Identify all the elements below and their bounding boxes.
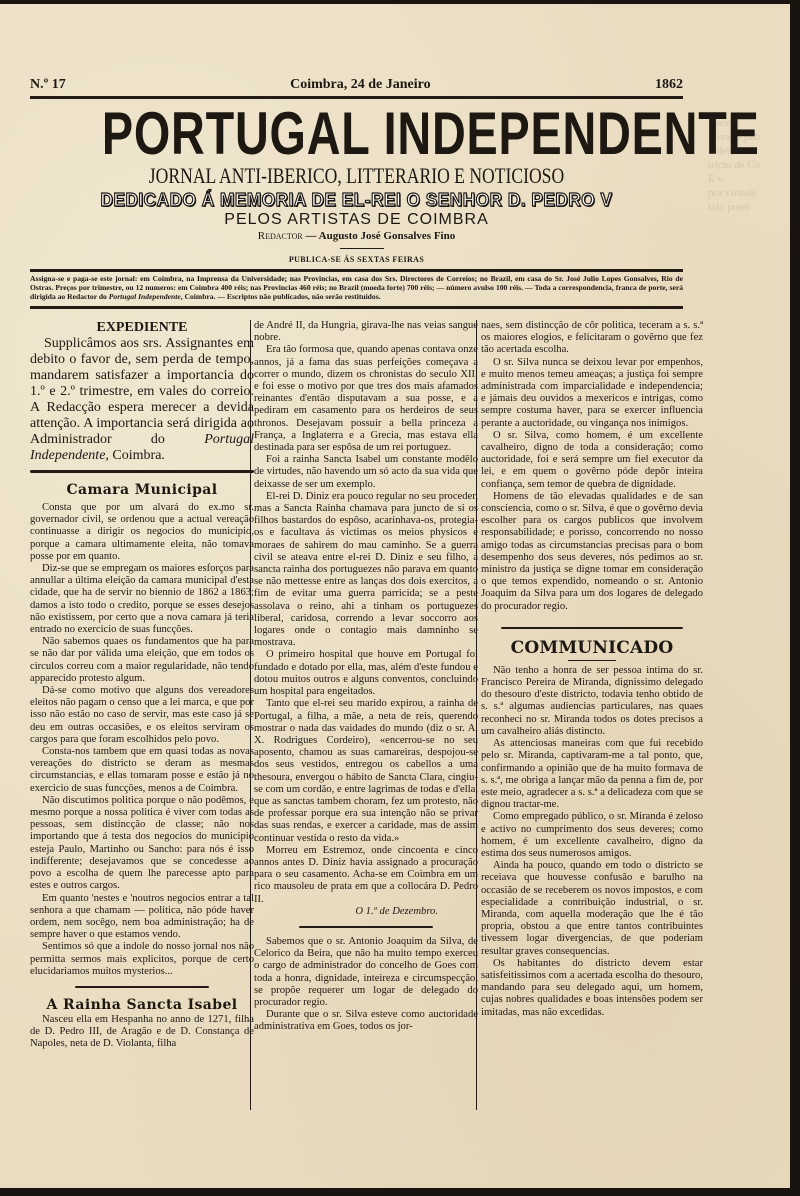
masthead-dateline: N.º 17 Coimbra, 24 de Janeiro 1862 (30, 77, 683, 93)
masthead-rule (30, 96, 683, 99)
paragraph: Homens de tão elevadas qualidades e de s… (481, 491, 703, 613)
expediente-article: Supplicâmos aos srs. Assignantes em debi… (30, 336, 254, 464)
subtitle-journal: JORNAL ANTI-IBERICO, LITTERARIO E NOTICI… (95, 164, 617, 188)
place-date: Coimbra, 24 de Janeiro (290, 77, 431, 93)
short-divider (340, 248, 384, 249)
issue-number: N.º 17 (30, 77, 66, 93)
silva-article-continued: naes, sem distincção de côr politica, te… (481, 320, 703, 613)
column-1: EXPEDIENTE Supplicâmos aos srs. Assignan… (30, 320, 254, 1051)
expediente-text: Supplicâmos aos srs. Assignantes em debi… (30, 336, 254, 447)
paragraph: Tanto que el-rei seu marido expirou, a r… (254, 698, 478, 844)
paragraph: Não tenho a honra de ser pessoa intima d… (481, 665, 703, 738)
publication-days: PUBLICA-SE ÁS SEXTAS FEIRAS (30, 255, 683, 264)
paragraph: Durante que o sr. Silva esteve como auct… (254, 1009, 478, 1033)
subscription-text: , Coimbra. — Escriptos não publicados, n… (181, 292, 381, 301)
paragraph: Os habitantes do districto devem estar s… (481, 958, 703, 1019)
column-3: naes, sem distincção de côr politica, te… (481, 320, 703, 1019)
bleed-line: por virtude (708, 186, 778, 200)
paragraph: Foi a rainha Sancta Isabel um constante … (254, 454, 478, 491)
paragraph: Sabemos que o sr. Antonio Joaquim da Sil… (254, 936, 478, 1009)
paragraph: Dá-se como motivo que alguns dos vereado… (30, 685, 254, 746)
paragraph: As attenciosas maneiras com que fui rece… (481, 738, 703, 811)
year: 1862 (655, 77, 683, 93)
heading-underline (568, 660, 617, 661)
paragraph: Não discutimos politica porque o não pod… (30, 795, 254, 893)
rainha-article-continued: de André II, da Hungria, girava-lhe nas … (254, 320, 478, 918)
paragraph: Era tão formosa que, quando apenas conta… (254, 344, 478, 454)
subscription-terms: Assigna-se e paga-se este jornal: em Coi… (30, 274, 683, 301)
subtitle-artists: PELOS ARTISTAS DE COIMBRA (30, 211, 683, 229)
camara-article: Consta que por um alvará do ex.mo sr. go… (30, 502, 254, 978)
section-divider (299, 926, 433, 928)
paragraph: O sr. Silva, como homem, é um excellente… (481, 430, 703, 491)
subscription-title-italic: Portugal Independente (109, 292, 181, 301)
newspaper-title: PORTUGAL INDEPENDENTE (102, 102, 611, 166)
newspaper-page: Recebe lavrado pub redencão tricto de Co… (0, 4, 790, 1188)
expediente-paragraph: Supplicâmos aos srs. Assignantes em debi… (30, 336, 254, 464)
subtitle-dedication: DEDICADO Á MEMORIA DE EL-REI O SENHOR D.… (43, 190, 670, 210)
paragraph: O sr. Silva nunca se deixou levar por em… (481, 357, 703, 430)
paragraph: Ainda ha pouco, quando em todo o distric… (481, 860, 703, 958)
expediente-heading: EXPEDIENTE (30, 320, 254, 336)
subscription-rule-bottom (30, 306, 683, 309)
paragraph: Em quanto 'nestes e 'noutros negocios en… (30, 893, 254, 942)
column-2: de André II, da Hungria, girava-lhe nas … (254, 320, 478, 1034)
paragraph: Morreu em Estremoz, onde cincoenta e cin… (254, 845, 478, 906)
paragraph: El-rei D. Diniz era pouco regular no seu… (254, 491, 478, 650)
camara-heading: Camara Municipal (30, 481, 254, 499)
communicado-article: Não tenho a honra de ser pessoa intima d… (481, 665, 703, 1019)
redactor-label: Redactor (258, 230, 303, 242)
section-divider (75, 986, 209, 988)
paragraph: Nasceu ella em Hespanha no anno de 1271,… (30, 1014, 254, 1051)
section-divider (501, 627, 683, 629)
paragraph: Não sabemos quaes os fundamentos que ha … (30, 636, 254, 685)
expediente-text: Coimbra. (109, 448, 165, 463)
section-divider (30, 470, 254, 473)
paragraph: naes, sem distincção de côr politica, te… (481, 320, 703, 357)
bleed-line: talo possi (708, 200, 778, 214)
paragraph: Como empregado público, o sr. Miranda é … (481, 811, 703, 860)
rainha-article: Nasceu ella em Hespanha no anno de 1271,… (30, 1014, 254, 1051)
paragraph: de André II, da Hungria, girava-lhe nas … (254, 320, 478, 344)
paragraph: Consta que por um alvará do ex.mo sr. go… (30, 502, 254, 563)
article-signature: O 1.º de Dezembro. (254, 906, 478, 918)
silva-article: Sabemos que o sr. Antonio Joaquim da Sil… (254, 936, 478, 1034)
redactor-line: Redactor — Augusto José Gonsalves Fino (30, 230, 683, 242)
paragraph: O primeiro hospital que houve em Portuga… (254, 649, 478, 698)
paragraph: Sentimos só que a indole do nosso jornal… (30, 941, 254, 978)
bleed-line: E v. (708, 172, 778, 186)
paragraph: Consta-nos tambem que em quasi todas as … (30, 746, 254, 795)
rainha-heading: A Rainha Sancta Isabel (30, 996, 254, 1014)
communicado-heading: COMMUNICADO (481, 637, 703, 659)
paragraph: Diz-se que se empregam os maiores esforç… (30, 563, 254, 636)
redactor-name: — Augusto José Gonsalves Fino (305, 230, 455, 242)
subscription-rule-top (30, 269, 683, 272)
